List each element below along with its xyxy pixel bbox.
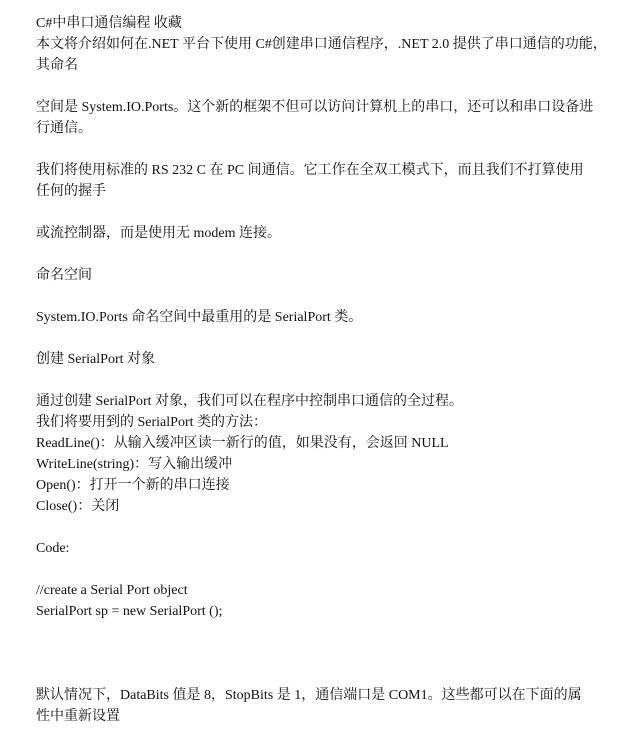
paragraph-line: 空间是 System.IO.Ports。这个新的框架不但可以访问计算机上的串口，… xyxy=(36,98,593,118)
paragraph-line: 其命名 xyxy=(36,56,78,76)
paragraph-line: 行通信。 xyxy=(36,119,92,139)
paragraph-line: 本文将介绍如何在.NET 平台下使用 C#创建串口通信程序，.NET 2.0 提… xyxy=(36,35,607,55)
section-heading-create-object: 创建 SerialPort 对象 xyxy=(36,350,155,370)
paragraph-line: 我们将要用到的 SerialPort 类的方法： xyxy=(36,413,267,433)
code-line: SerialPort sp = new SerialPort (); xyxy=(36,602,222,622)
paragraph-line: 我们将使用标准的 RS 232 C 在 PC 间通信。它工作在全双工模式下，而且… xyxy=(36,161,584,181)
document-page: C#中串口通信编程 收藏 本文将介绍如何在.NET 平台下使用 C#创建串口通信… xyxy=(0,0,622,736)
paragraph-line: 或流控制器，而是使用无 modem 连接。 xyxy=(36,224,281,244)
paragraph-line: System.IO.Ports 命名空间中最重用的是 SerialPort 类。 xyxy=(36,308,362,328)
paragraph-line: 任何的握手 xyxy=(36,182,106,202)
section-heading-namespace: 命名空间 xyxy=(36,266,92,286)
paragraph-line: 通过创建 SerialPort 对象，我们可以在程序中控制串口通信的全过程。 xyxy=(36,392,463,412)
method-close: Close()：关闭 xyxy=(36,497,119,517)
paragraph-line: 性中重新设置 xyxy=(36,707,120,727)
method-writeline: WriteLine(string)：写入输出缓冲 xyxy=(36,455,232,475)
document-title: C#中串口通信编程 收藏 xyxy=(36,14,182,34)
code-comment: //create a Serial Port object xyxy=(36,581,188,601)
method-open: Open()：打开一个新的串口连接 xyxy=(36,476,230,496)
paragraph-line: 默认情况下，DataBits 值是 8，StopBits 是 1，通信端口是 C… xyxy=(36,686,582,706)
code-label: Code: xyxy=(36,539,69,559)
method-readline: ReadLine()：从输入缓冲区读一新行的值，如果没有，会返回 NULL xyxy=(36,434,449,454)
